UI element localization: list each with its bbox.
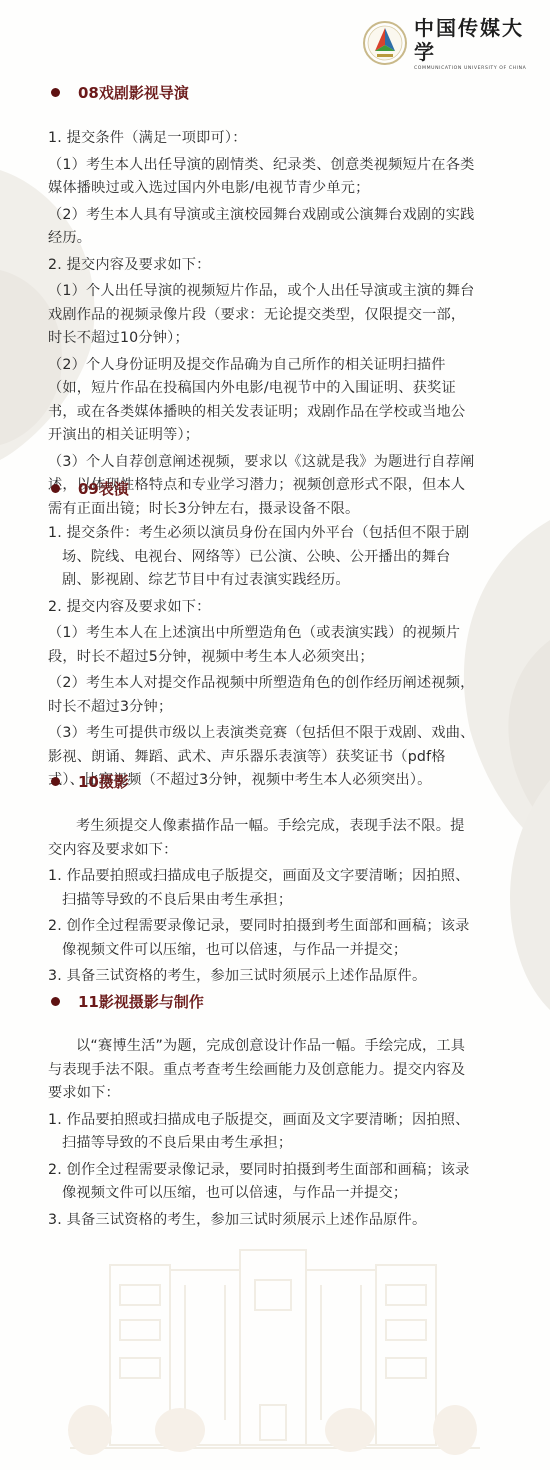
section-08: 08戏剧影视导演 1. 提交条件（满足一项即可）： （1）考生本人出任导演的剧情… <box>48 80 478 524</box>
paragraph: （1）个人出任导演的视频短片作品，或个人出任导演或主演的舞台戏剧作品的视频录像片… <box>48 280 478 351</box>
paragraph: （2）考生本人对提交作品视频中所塑造角色的创作经历阐述视频，时长不超过3分钟； <box>48 672 478 719</box>
paragraph: 2. 创作全过程需要录像记录，要同时拍摄到考生面部和画稿；该录像视频文件可以压缩… <box>48 1159 478 1206</box>
logo-chinese-name: 中国传媒大学 <box>414 16 542 64</box>
university-logo: 中国传媒大学 COMMUNICATION UNIVERSITY OF CHINA <box>362 18 542 68</box>
section-10: 10摄影 考生须提交人像素描作品一幅。手绘完成，表现手法不限。提交内容及要求如下… <box>48 769 478 992</box>
paragraph: （1）考生本人出任导演的剧情类、纪录类、创意类视频短片在各类媒体播映过或入选过国… <box>48 154 478 201</box>
paragraph: 2. 提交内容及要求如下： <box>48 254 478 278</box>
paragraph: 1. 提交条件：考生必须以演员身份在国内外平台（包括但不限于剧场、院线、电视台、… <box>48 522 478 593</box>
bullet-icon <box>51 88 60 97</box>
paragraph: 1. 作品要拍照或扫描成电子版提交，画面及文字要清晰；因拍照、扫描等导致的不良后… <box>48 1109 478 1156</box>
paragraph: 3. 具备三试资格的考生，参加三试时须展示上述作品原件。 <box>48 1209 478 1233</box>
cuc-emblem-icon <box>362 20 408 66</box>
logo-english-name: COMMUNICATION UNIVERSITY OF CHINA <box>414 66 542 71</box>
paragraph: 2. 创作全过程需要录像记录，要同时拍摄到考生面部和画稿；该录像视频文件可以压缩… <box>48 915 478 962</box>
bullet-icon <box>51 997 60 1006</box>
section-title: 08戏剧影视导演 <box>78 82 189 103</box>
section-title: 10摄影 <box>78 771 129 792</box>
paragraph: 2. 提交内容及要求如下： <box>48 596 478 620</box>
section-heading: 10摄影 <box>48 769 478 793</box>
bullet-icon <box>51 484 60 493</box>
paragraph: （1）考生本人在上述演出中所塑造角色（或表演实践）的视频片段，时长不超过5分钟，… <box>48 622 478 669</box>
paragraph: 考生须提交人像素描作品一幅。手绘完成，表现手法不限。提交内容及要求如下： <box>48 815 478 862</box>
section-title: 09表演 <box>78 478 129 499</box>
paragraph: 以“赛博生活”为题，完成创意设计作品一幅。手绘完成，工具与表现手法不限。重点考查… <box>48 1035 478 1106</box>
paragraph: （2）考生本人具有导演或主演校园舞台戏剧或公演舞台戏剧的实践经历。 <box>48 204 478 251</box>
section-title: 11影视摄影与制作 <box>78 991 204 1012</box>
paragraph: 3. 具备三试资格的考生，参加三试时须展示上述作品原件。 <box>48 965 478 989</box>
paragraph: 1. 作品要拍照或扫描成电子版提交，画面及文字要清晰；因拍照、扫描等导致的不良后… <box>48 865 478 912</box>
leaf-watermark-right-lower <box>490 780 550 1010</box>
bullet-icon <box>51 777 60 786</box>
campus-building-watermark <box>60 1240 490 1465</box>
section-heading: 11影视摄影与制作 <box>48 989 478 1013</box>
paragraph: 1. 提交条件（满足一项即可）： <box>48 127 478 151</box>
section-heading: 08戏剧影视导演 <box>48 80 478 104</box>
paragraph: （2）个人身份证明及提交作品确为自己所作的相关证明扫描件（如，短片作品在投稿国内… <box>48 354 478 448</box>
section-09: 09表演 1. 提交条件：考生必须以演员身份在国内外平台（包括但不限于剧场、院线… <box>48 476 478 796</box>
section-heading: 09表演 <box>48 476 478 500</box>
section-11: 11影视摄影与制作 以“赛博生活”为题，完成创意设计作品一幅。手绘完成，工具与表… <box>48 989 478 1235</box>
